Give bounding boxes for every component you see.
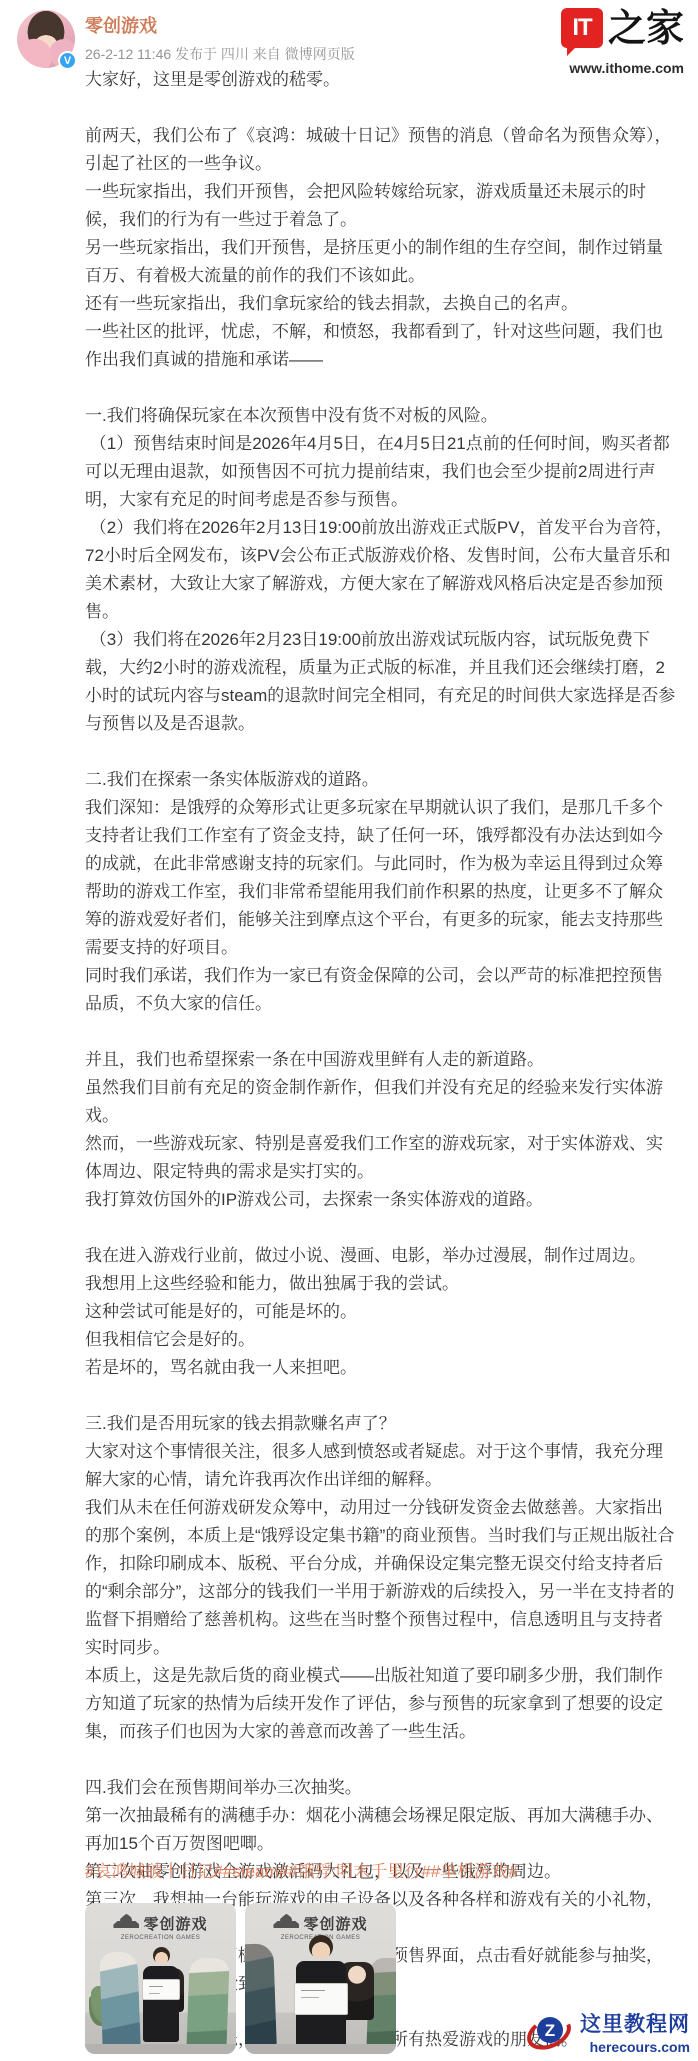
post-meta: 26-2-12 11:46 发布于 四川 来自 微博网页版 xyxy=(85,44,505,64)
floor-decor xyxy=(85,2044,236,2054)
post-paragraph xyxy=(85,1382,677,1410)
post-paragraph: 四.我们会在预售期间举办三次抽奖。 xyxy=(85,1774,677,1802)
post-paragraph: 同时我们承诺，我们作为一家已有资金保障的公司，会以严苛的标准把控预售品质，不负大… xyxy=(85,962,677,1018)
post-paragraph: 本质上，这是先款后货的商业模式——出版社知道了要印刷多少册，我们制作方知道了玩家… xyxy=(85,1662,677,1746)
character-standee-left xyxy=(99,1951,140,2048)
ithome-logo-icon: IT xyxy=(561,8,603,48)
herecours-site-url: herecours.com xyxy=(580,2039,690,2055)
post-paragraph: 一些玩家指出，我们开预售，会把风险转嫁给玩家，游戏质量还未展示的时候，我们的行为… xyxy=(85,178,677,234)
post-paragraph: 第一次抽最稀有的满穗手办：烟花小满穗会场裸足限定版、再加大满穗手办、再加15个百… xyxy=(85,1802,677,1858)
hashtag-link[interactable]: #steam# xyxy=(223,1862,288,1881)
post-paragraph: 我想用上这些经验和能力，做出独属于我的尝试。 xyxy=(85,1270,677,1298)
post-paragraph: 三.我们是否用玩家的钱去捐款赚名声了？ xyxy=(85,1410,677,1438)
hashtag-link[interactable]: #哀鸿城破十日记# xyxy=(85,1862,223,1881)
post-paragraph: 然而，一些游戏玩家、特别是喜爱我们工作室的游戏玩家，对于实体游戏、实体周边、限定… xyxy=(85,1130,677,1186)
post-paragraph: 大家对这个事情很关注，很多人感到愤怒或者疑虑。对于这个事情，我充分理解大家的心情… xyxy=(85,1438,677,1494)
post-paragraph: 这种尝试可能是好的，可能是坏的。 xyxy=(85,1298,677,1326)
post-paragraph: 我打算效仿国外的IP游戏公司，去探索一条实体游戏的道路。 xyxy=(85,1186,677,1214)
post-paragraph xyxy=(85,94,677,122)
post-image-1[interactable]: 零创游戏 ZEROCREATION GAMES xyxy=(85,1903,236,2054)
verified-badge-icon: V xyxy=(58,51,77,70)
post-paragraph: 另一些玩家指出，我们开预售，是挤压更小的制作组的生存空间，制作过销量百万、有着极… xyxy=(85,234,677,290)
post-paragraph xyxy=(85,738,677,766)
post-paragraph: 大家好，这里是零创游戏的嵇零。 xyxy=(85,66,677,94)
post-paragraph: 我在进入游戏行业前，做过小说、漫画、电影，举办过漫展，制作过周边。 xyxy=(85,1242,677,1270)
studio-emblem-icon xyxy=(113,1914,139,1934)
post-paragraph: 一些社区的批评，忧虑，不解，和愤怒，我都看到了，针对这些问题，我们也作出我们真诚… xyxy=(85,318,677,374)
post-paragraph: 若是坏的，骂名就由我一人来担吧。 xyxy=(85,1354,677,1382)
post-paragraph xyxy=(85,1018,677,1046)
post-paragraph: 虽然我们目前有充足的资金制作新作，但我们并没有充足的经验来发行实体游戏。 xyxy=(85,1074,677,1130)
post-header: V xyxy=(17,10,75,68)
thumbnail-strip: 零创游戏 ZEROCREATION GAMES 零创游戏 ZEROCREATIO… xyxy=(85,1903,396,2054)
herecours-watermark: Z 这里教程网 herecours.com xyxy=(526,2008,690,2055)
post-paragraph: 还有一些玩家指出，我们拿玩家给的钱去捐款，去换自己的名声。 xyxy=(85,290,677,318)
post-paragraph: （3）我们将在2026年2月23日19:00前放出游戏试玩版内容，试玩版免费下载… xyxy=(85,626,677,738)
post-paragraph: 但我相信它会是好的。 xyxy=(85,1326,677,1354)
hashtag-line: #哀鸿城破十日记##steam##饿殍:明末千里行##单机游戏# xyxy=(85,1858,677,1886)
post-paragraph xyxy=(85,1746,677,1774)
post-paragraph: （2）我们将在2026年2月13日19:00前放出游戏正式版PV，首发平台为音符… xyxy=(85,514,677,626)
herecours-logo-icon: Z xyxy=(526,2010,574,2054)
post-paragraph: 我们深知：是饿殍的众筹形式让更多玩家在早期就认识了我们，是那几千多个支持者让我们… xyxy=(85,794,677,962)
post-image-2[interactable]: 零创游戏 ZEROCREATION GAMES xyxy=(245,1903,396,2054)
person-figure xyxy=(141,1947,181,2042)
post-paragraph: 二.我们在探索一条实体版游戏的道路。 xyxy=(85,766,677,794)
post-paragraph xyxy=(85,1214,677,1242)
character-standee-left xyxy=(245,1943,277,2048)
username-link[interactable]: 零创游戏 xyxy=(85,15,157,37)
post-paragraph: 并且，我们也希望探索一条在中国游戏里鲜有人走的新道路。 xyxy=(85,1046,677,1074)
ithome-logo-text: 之家 xyxy=(608,8,684,48)
studio-logo: 零创游戏 ZEROCREATION GAMES xyxy=(85,1913,236,1941)
post-paragraph: 前两天，我们公布了《哀鸿：城破十日记》预售的消息（曾命名为预售众筹），引起了社区… xyxy=(85,122,677,178)
post-paragraph: （1）预售结束时间是2026年4月5日，在4月5日21点前的任何时间，购买者都可… xyxy=(85,430,677,514)
floor-decor xyxy=(245,2044,396,2054)
svg-text:Z: Z xyxy=(545,2021,555,2040)
hashtag-link[interactable]: #单机游戏# xyxy=(431,1862,518,1881)
post-paragraph: 我们从未在任何游戏研发众筹中，动用过一分钱研发资金去做慈善。大家指出的那个案例，… xyxy=(85,1494,677,1662)
studio-emblem-icon xyxy=(273,1914,299,1934)
person-figure xyxy=(293,1935,349,2053)
hashtag-link[interactable]: #饿殍:明末千里行# xyxy=(288,1862,431,1881)
post-paragraph xyxy=(85,374,677,402)
post-paragraph: 一.我们将确保玩家在本次预售中没有货不对板的风险。 xyxy=(85,402,677,430)
character-standee-right xyxy=(186,1957,229,2050)
avatar[interactable]: V xyxy=(17,10,75,68)
herecours-site-name: 这里教程网 xyxy=(580,2008,690,2038)
post-body: 大家好，这里是零创游戏的嵇零。前两天，我们公布了《哀鸿：城破十日记》预售的消息（… xyxy=(85,66,677,2054)
